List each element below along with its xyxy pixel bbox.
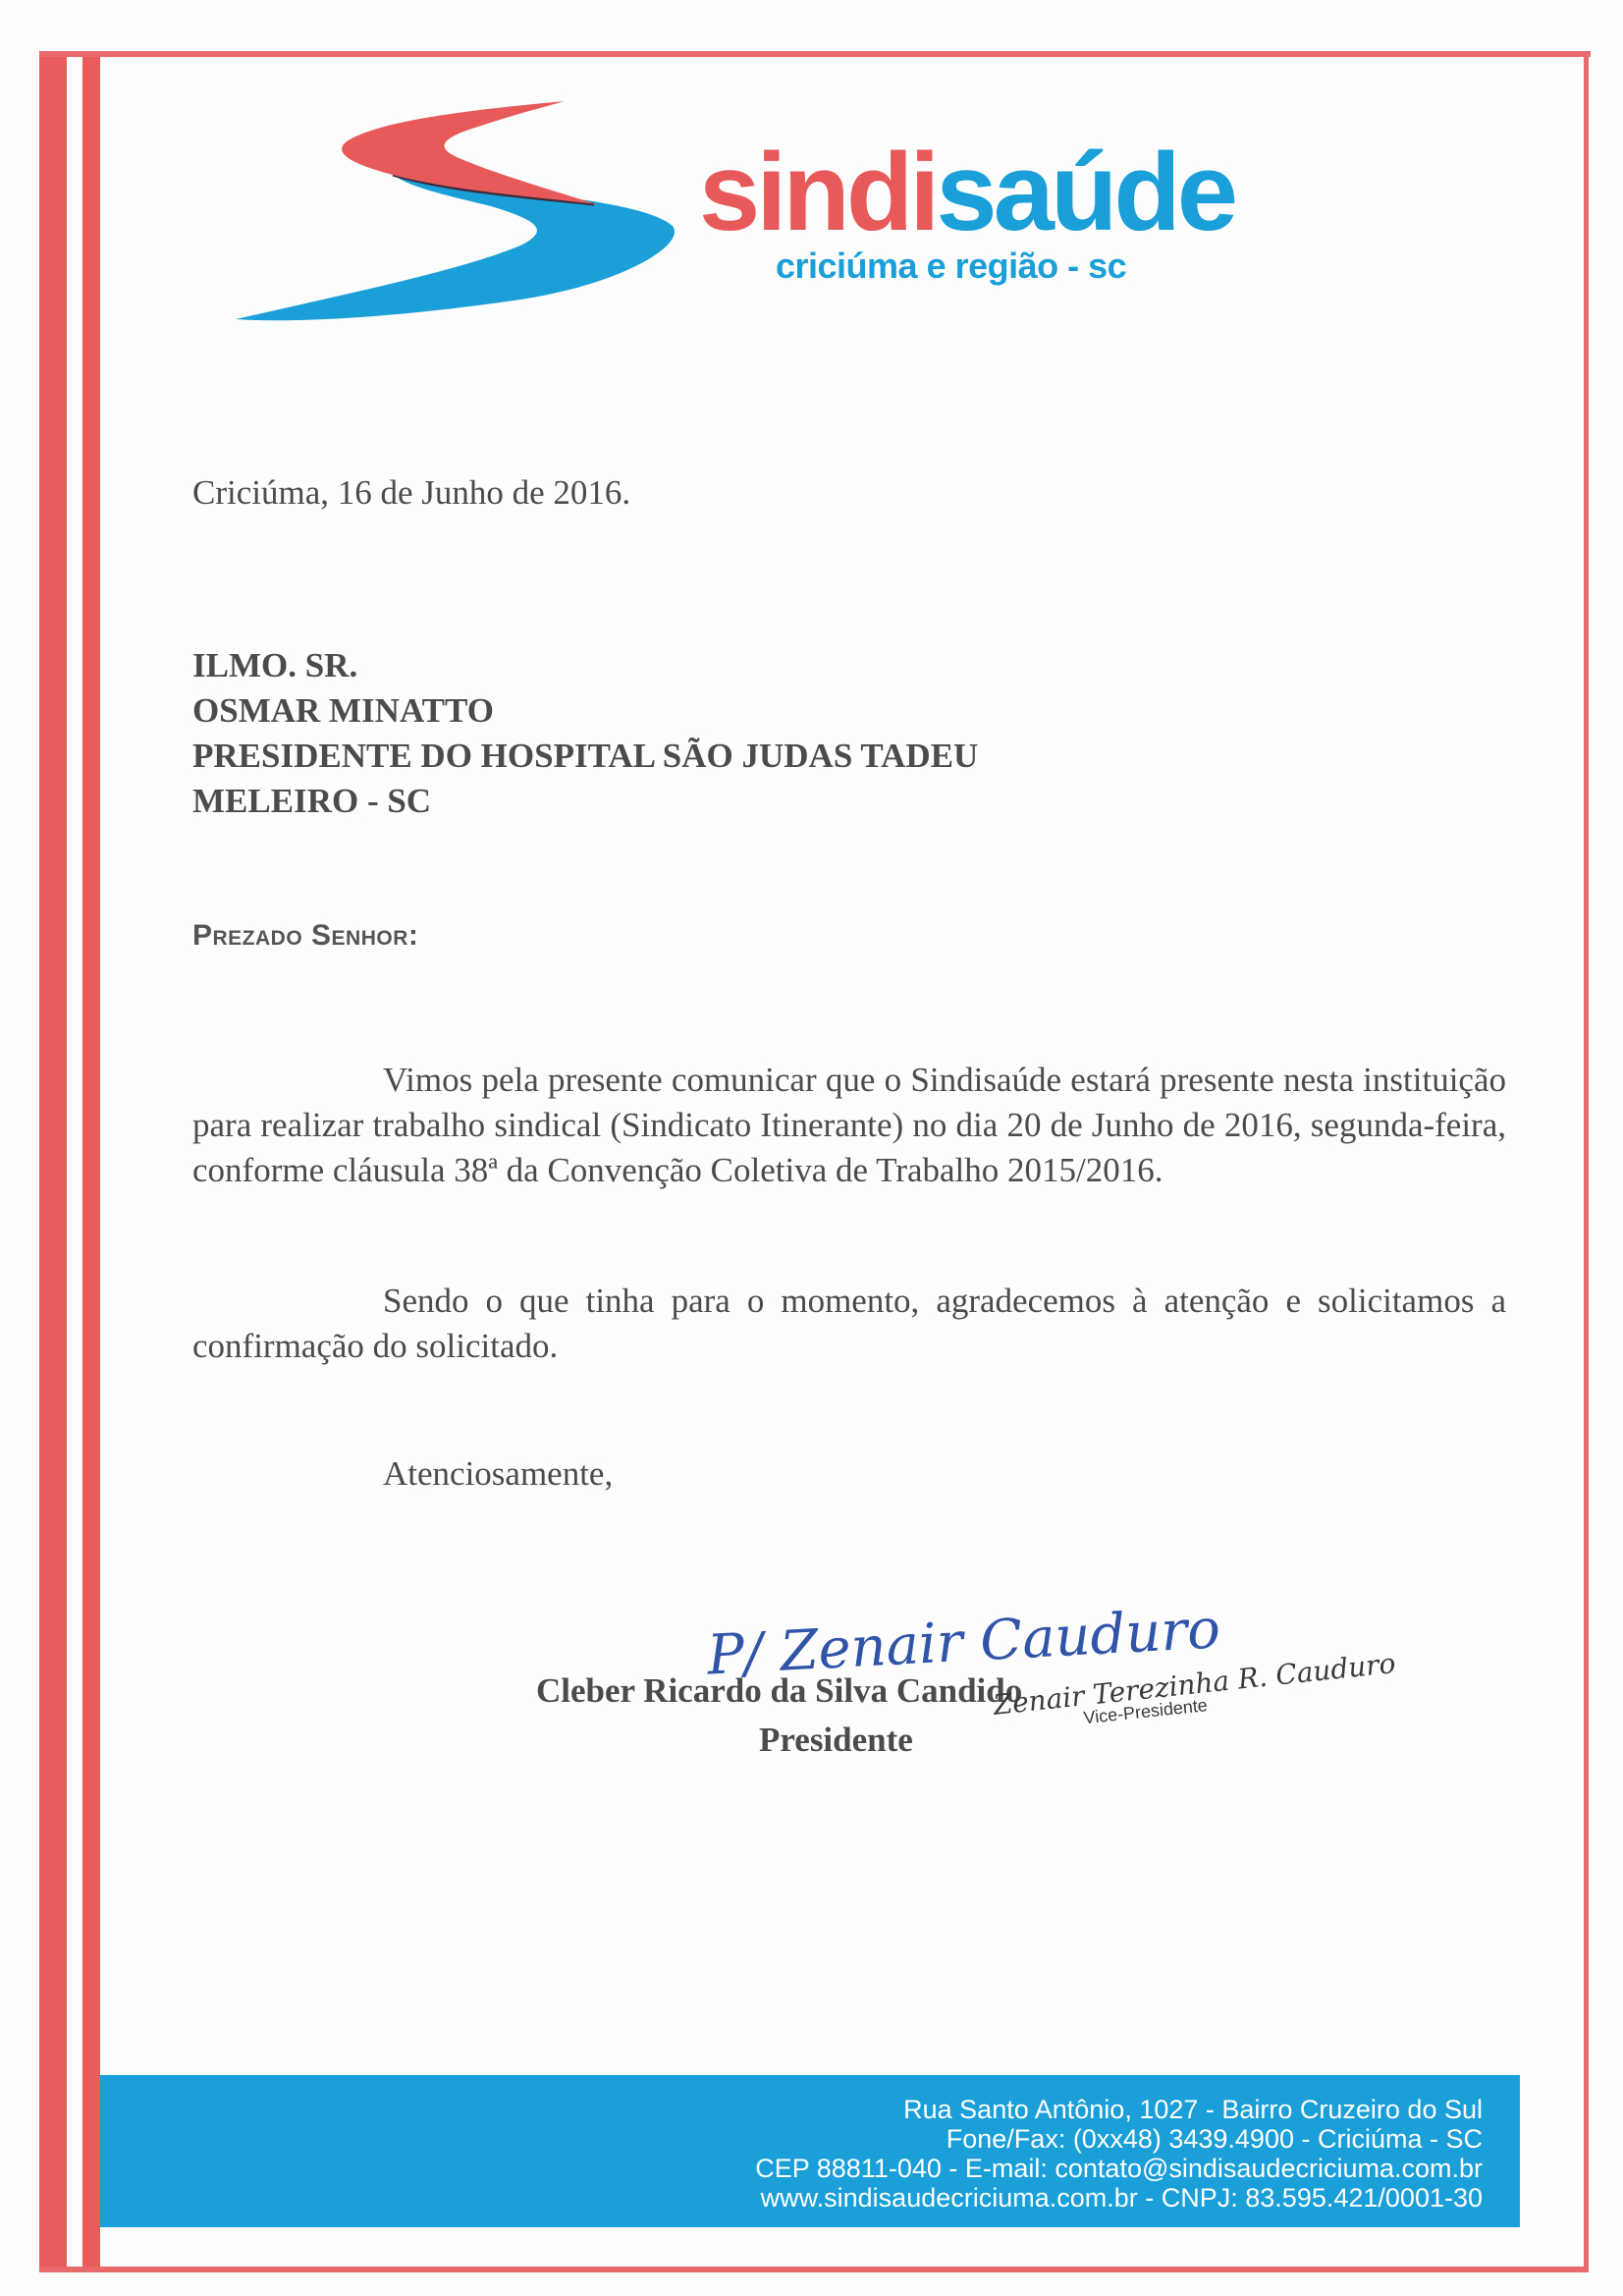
footer-address: Rua Santo Antônio, 1027 - Bairro Cruzeir… (755, 2095, 1483, 2124)
addressee-block: ILMO. SR. OSMAR MINATTO PRESIDENTE DO HO… (192, 643, 978, 824)
border-line-right (1584, 51, 1589, 2272)
border-bar-outer (39, 51, 67, 2272)
brand-subtitle: criciúma e região - sc (776, 246, 1126, 287)
brand-wordmark: sindisaúde (699, 137, 1234, 247)
addressee-line: MELEIRO - SC (192, 779, 978, 824)
body-paragraph: Vimos pela presente comunicar que o Sind… (192, 1058, 1506, 1193)
brand-wordmark-sindi: sindi (699, 131, 936, 253)
footer-contact-box: Rua Santo Antônio, 1027 - Bairro Cruzeir… (100, 2075, 1520, 2227)
body-paragraph: Sendo o que tinha para o momento, agrade… (192, 1279, 1506, 1369)
border-line-top (39, 51, 1591, 57)
footer-contact-lines: Rua Santo Antônio, 1027 - Bairro Cruzeir… (755, 2095, 1483, 2213)
brand-wordmark-saude: saúde (936, 131, 1234, 253)
signer-role: Presidente (759, 1721, 913, 1760)
footer-phone: Fone/Fax: (0xx48) 3439.4900 - Criciúma -… (755, 2124, 1483, 2154)
border-bar-inner (82, 51, 100, 2272)
addressee-line: PRESIDENTE DO HOSPITAL SÃO JUDAS TADEU (192, 734, 978, 779)
footer-website: www.sindisaudecriciuma.com.br - CNPJ: 83… (755, 2183, 1483, 2213)
s-swoosh-logo-icon (226, 98, 687, 334)
border-line-bottom (39, 2267, 1589, 2272)
addressee-line: OSMAR MINATTO (192, 688, 978, 734)
signer-name: Cleber Ricardo da Silva Candido (536, 1671, 1022, 1711)
footer-email: CEP 88811-040 - E-mail: contato@sindisau… (755, 2154, 1483, 2183)
letter-date: Criciúma, 16 de Junho de 2016. (192, 470, 630, 516)
salutation: Prezado Senhor: (192, 919, 418, 953)
closing: Atenciosamente, (383, 1451, 613, 1497)
addressee-line: ILMO. SR. (192, 643, 978, 688)
